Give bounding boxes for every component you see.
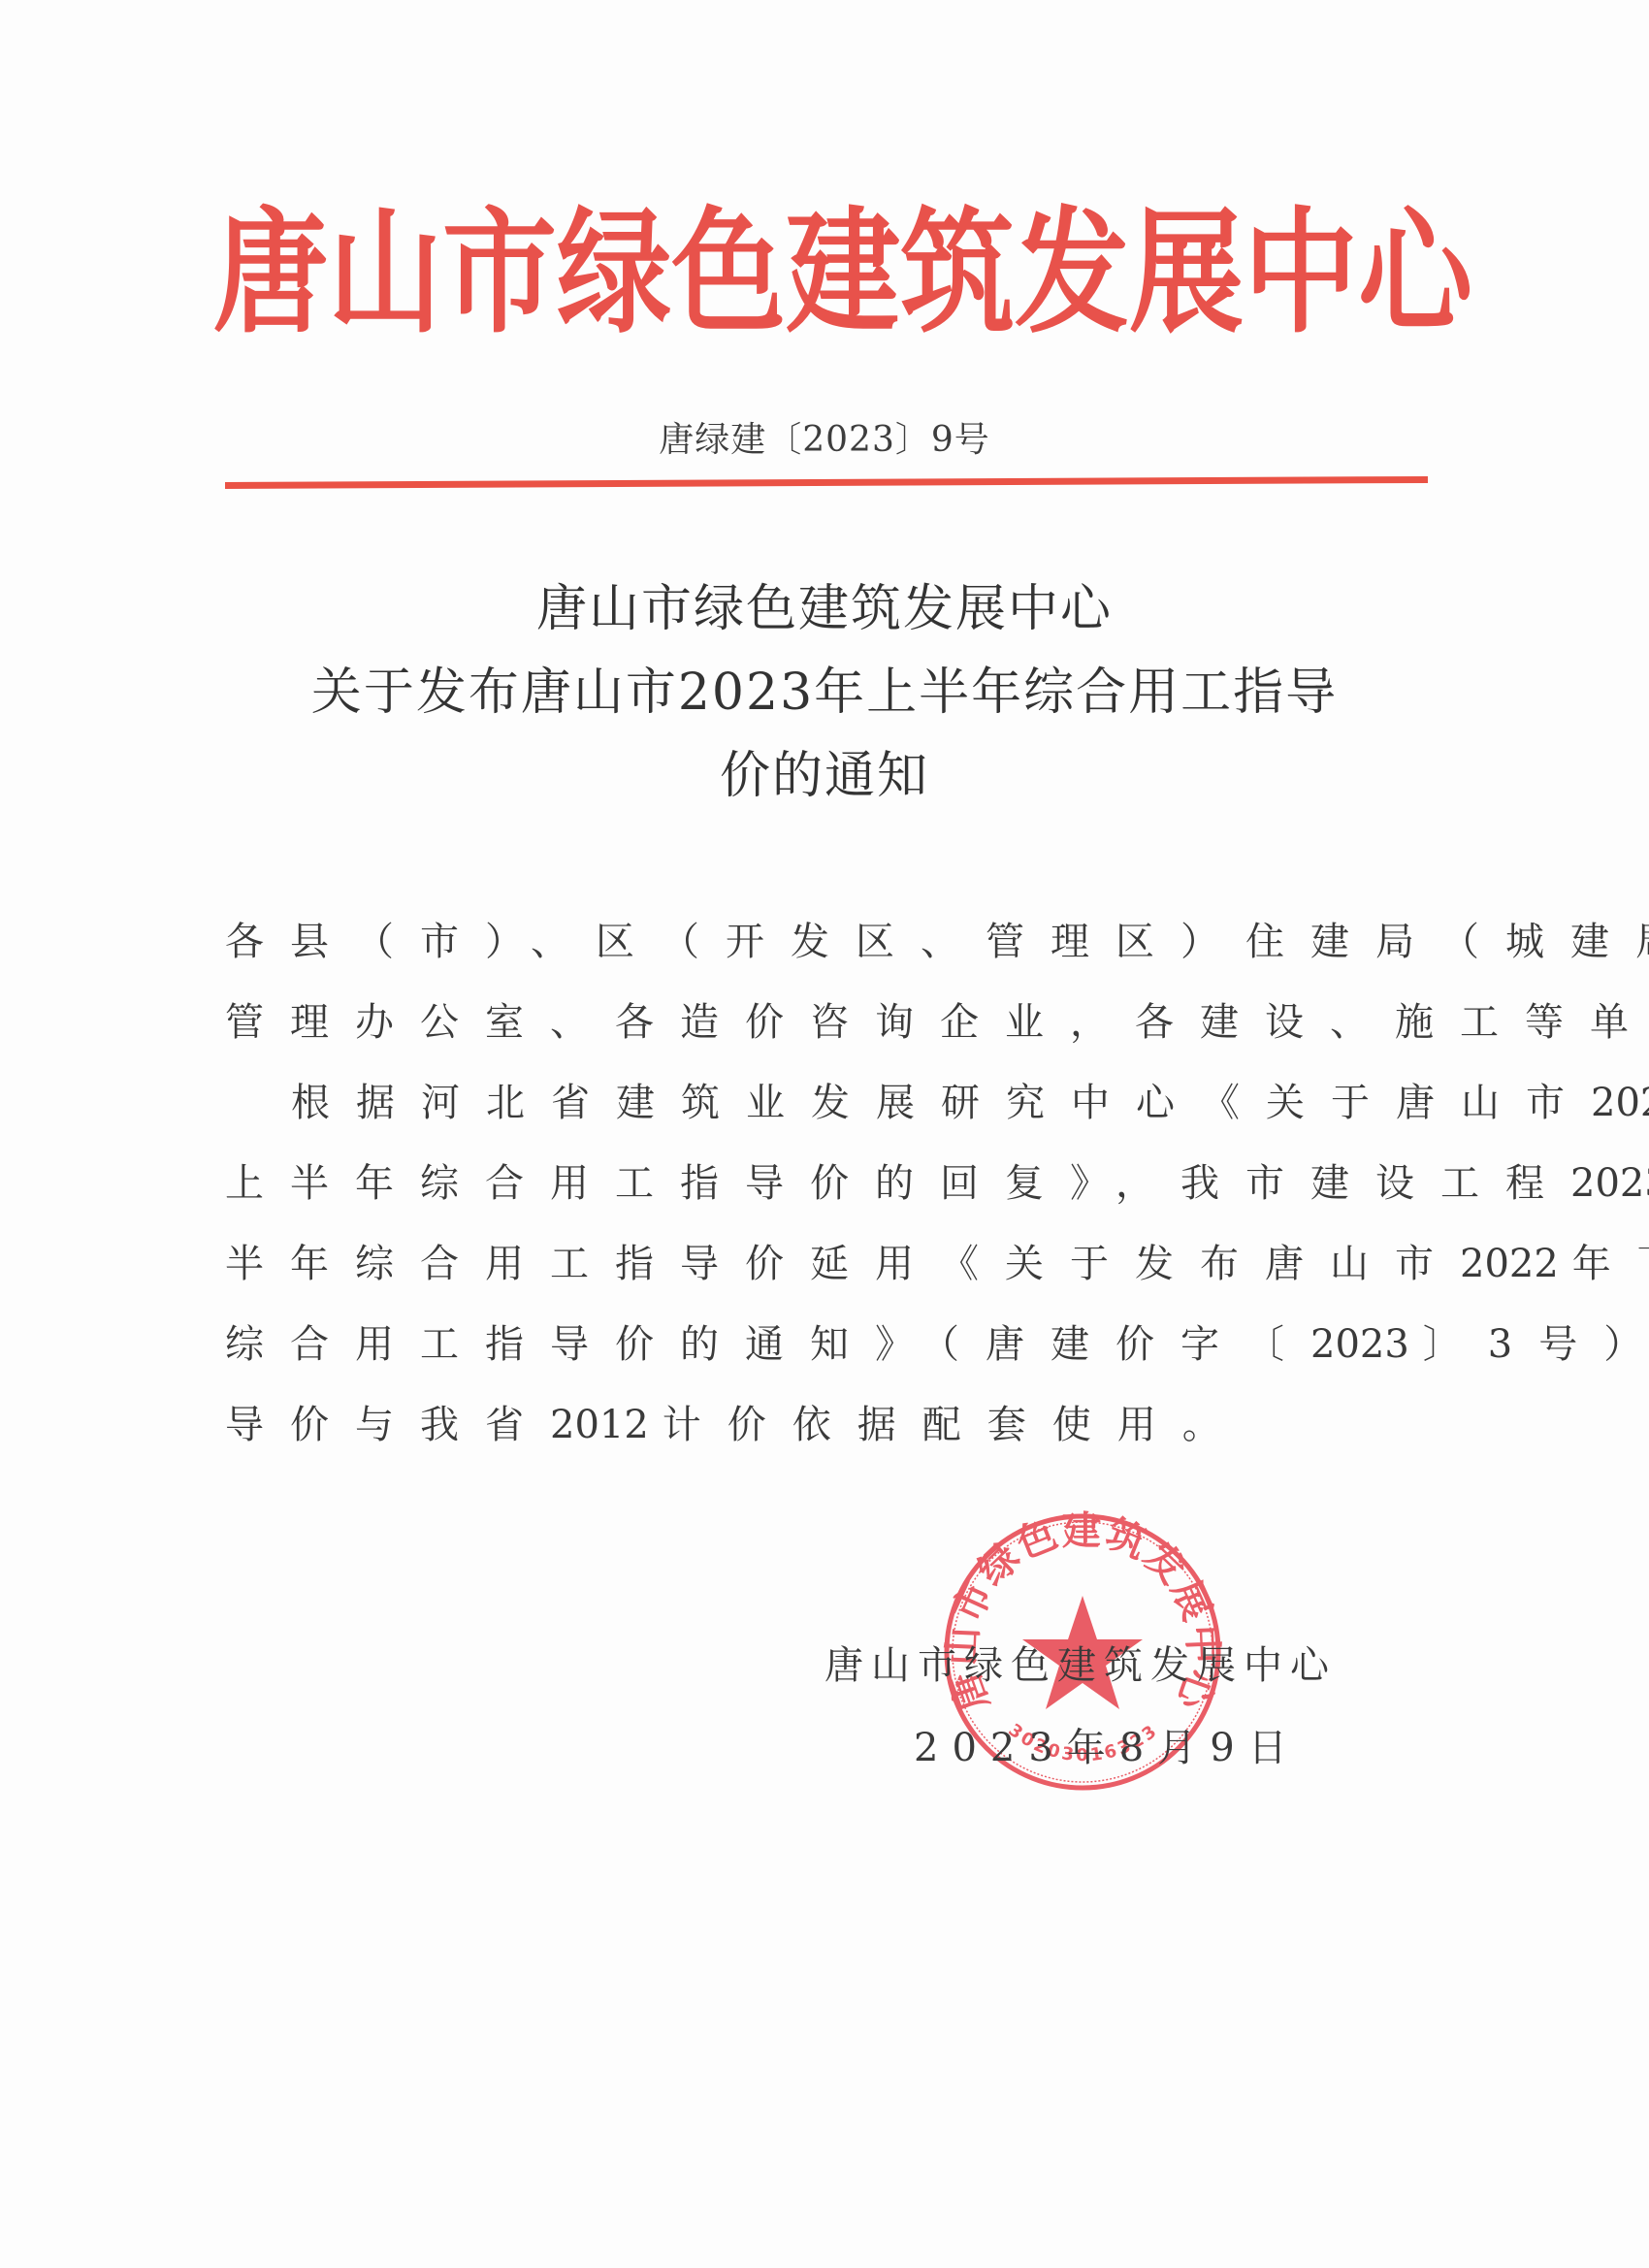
masthead-char: 发 — [1015, 205, 1129, 340]
signature-date: 2023年8月9日 — [914, 1717, 1301, 1772]
document-title: 唐山市绿色建筑发展中心 关于发布唐山市2023年上半年综合用工指导 价的通知 — [0, 567, 1649, 818]
body-paragraph: 根据河北省建筑业发展研究中心《关于唐山市2023年 上半年综合用工指导价的回复》… — [225, 1063, 1350, 1466]
paragraph-line: 综合用工指导价的通知》（唐建价字〔2023〕3号），该指 — [225, 1305, 1350, 1385]
masthead-char: 唐 — [213, 205, 328, 340]
document-page: 唐 山 市 绿 色 建 筑 发 展 中 心 唐绿建〔2023〕9号 唐山市绿色建… — [0, 0, 1649, 2268]
paragraph-line: 导价与我省2012计价依据配套使用。 — [225, 1385, 1350, 1466]
signature-organization: 唐山市绿色建筑发展中心 — [824, 1635, 1337, 1690]
paragraph-line: 半年综合用工指导价延用《关于发布唐山市2022年下半年 — [225, 1224, 1350, 1305]
masthead-char: 山 — [328, 205, 442, 340]
paragraph-line: 上半年综合用工指导价的回复》，我市建设工程2023年上 — [225, 1144, 1350, 1224]
masthead-char: 中 — [1244, 205, 1358, 340]
title-line: 价的通知 — [0, 734, 1649, 818]
addressee-line: 各县（市）、区（开发区、管理区）住建局（城建局）造价 — [225, 902, 1350, 983]
masthead-char: 筑 — [900, 205, 1015, 340]
red-divider-line — [225, 476, 1428, 489]
masthead-char: 展 — [1129, 205, 1244, 340]
title-line: 关于发布唐山市2023年上半年综合用工指导 — [0, 651, 1649, 734]
title-line: 唐山市绿色建筑发展中心 — [0, 567, 1649, 651]
masthead-char: 市 — [442, 205, 557, 340]
document-number: 唐绿建〔2023〕9号 — [0, 412, 1649, 462]
document-body: 各县（市）、区（开发区、管理区）住建局（城建局）造价 管理办公室、各造价咨询企业… — [225, 902, 1350, 1466]
masthead-header: 唐 山 市 绿 色 建 筑 发 展 中 心 — [213, 190, 1465, 355]
masthead-char: 色 — [671, 205, 786, 340]
masthead-char: 建 — [786, 205, 900, 340]
addressee: 各县（市）、区（开发区、管理区）住建局（城建局）造价 管理办公室、各造价咨询企业… — [225, 902, 1350, 1063]
masthead-char: 心 — [1358, 205, 1472, 340]
addressee-line: 管理办公室、各造价咨询企业，各建设、施工等单位： — [225, 983, 1350, 1063]
masthead-char: 绿 — [557, 205, 671, 340]
paragraph-line: 根据河北省建筑业发展研究中心《关于唐山市2023年 — [225, 1063, 1350, 1144]
